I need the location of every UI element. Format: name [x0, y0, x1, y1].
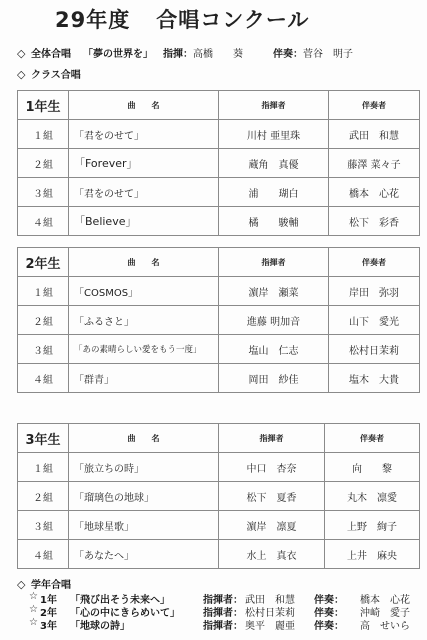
table-row: ２組 「Forever」 蔵角 真優 藤澤 菜々子 — [18, 149, 420, 178]
song-cell: 「君をのせて」 — [69, 178, 219, 207]
grade-chorus-accompanist-label: 伴奏： — [314, 617, 344, 632]
conductor-cell: 川村 亜里珠 — [219, 120, 329, 149]
song-cell: 「地球星歌」 — [69, 511, 219, 540]
conductor-cell: 塩山 仁志 — [219, 335, 329, 364]
table-header-row: 1年生 曲 名 指揮者 伴奏者 — [18, 91, 420, 120]
table-row: ３組 「あの素晴らしい愛をもう一度」 塩山 仁志 松村日茉莉 — [18, 335, 420, 364]
header-song: 曲 名 — [69, 424, 219, 453]
song-cell: 「あの素晴らしい愛をもう一度」 — [69, 335, 219, 364]
accompanist-cell: 山下 愛光 — [329, 306, 420, 335]
class-chorus-label: クラス合唱 — [31, 70, 81, 81]
grade-chorus-accompanist: 高 せいら — [360, 617, 410, 632]
class-cell: ４組 — [18, 207, 69, 236]
grade-chorus-item-3: ☆ 3年 「地球の詩」 指揮者： 奥平 麗亜 伴奏： 高 せいら — [0, 617, 427, 630]
grade-label: 3年生 — [18, 424, 69, 453]
conductor-cell: 岡田 紗佳 — [219, 364, 329, 393]
page-title: 29年度合唱コンクール — [0, 4, 427, 34]
conductor-cell: 濵岸 瀬菜 — [219, 277, 329, 306]
overall-label: 全体合唱 — [31, 49, 71, 60]
star-icon: ☆ — [29, 617, 38, 628]
grade-chorus-grade: 3年 — [40, 617, 57, 632]
song-cell: 「旅立ちの時」 — [69, 453, 219, 482]
class-cell: ３組 — [18, 178, 69, 207]
conductor-cell: 橘 駿輔 — [219, 207, 329, 236]
class-cell: １組 — [18, 120, 69, 149]
grade-chorus-conductor-label: 指揮者： — [203, 617, 243, 632]
song-cell: 「ふるさと」 — [69, 306, 219, 335]
conductor-cell: 水上 真衣 — [219, 540, 325, 569]
table-row: ４組 「Believe」 橘 駿輔 松下 彩香 — [18, 207, 420, 236]
song-cell: 「COSMOS」 — [69, 277, 219, 306]
class-cell: ２組 — [18, 306, 69, 335]
conductor-cell: 進藤 明加音 — [219, 306, 329, 335]
header-accompanist: 伴奏者 — [329, 248, 420, 277]
table-row: ３組 「地球星歌」 濵岸 凛夏 上野 絢子 — [18, 511, 420, 540]
table-row: １組 「COSMOS」 濵岸 瀬菜 岸田 弥羽 — [18, 277, 420, 306]
table-row: ２組 「瑠璃色の地球」 松下 夏香 丸木 凛愛 — [18, 482, 420, 511]
conductor-cell: 浦 瑚白 — [219, 178, 329, 207]
diamond-icon: ◇ — [17, 47, 31, 60]
song-cell: 「Forever」 — [69, 149, 219, 178]
accompanist-cell: 向 黎 — [325, 453, 420, 482]
accompanist-cell: 松村日茉莉 — [329, 335, 420, 364]
title-year: 29年度 — [55, 8, 130, 32]
song-cell: 「瑠璃色の地球」 — [69, 482, 219, 511]
grade-1-table: 1年生 曲 名 指揮者 伴奏者 １組 「君をのせて」 川村 亜里珠 武田 和慧 … — [17, 90, 420, 236]
class-cell: ４組 — [18, 540, 69, 569]
table-header-row: 2年生 曲 名 指揮者 伴奏者 — [18, 248, 420, 277]
accompanist-cell: 松下 彩香 — [329, 207, 420, 236]
class-cell: ３組 — [18, 335, 69, 364]
class-cell: ４組 — [18, 364, 69, 393]
table-row: ４組 「群青」 岡田 紗佳 塩木 大貴 — [18, 364, 420, 393]
header-song: 曲 名 — [69, 248, 219, 277]
grade-chorus-item-1: ☆ 1年 「飛び出そう未来へ」 指揮者： 武田 和慧 伴奏： 橋本 心花 — [0, 591, 427, 604]
table-row: ４組 「あなたへ」 水上 真衣 上井 麻央 — [18, 540, 420, 569]
header-accompanist: 伴奏者 — [329, 91, 420, 120]
header-conductor: 指揮者 — [219, 424, 325, 453]
overall-conductor-label: 指揮： — [163, 49, 193, 60]
class-cell: １組 — [18, 453, 69, 482]
accompanist-cell: 上野 絢子 — [325, 511, 420, 540]
accompanist-cell: 丸木 凛愛 — [325, 482, 420, 511]
overall-accompanist-label: 伴奏： — [273, 49, 303, 60]
grade-3-table: 3年生 曲 名 指揮者 伴奏者 １組 「旅立ちの時」 中口 杏奈 向 黎 ２組 … — [17, 423, 420, 569]
table-row: ３組 「君をのせて」 浦 瑚白 橋本 心花 — [18, 178, 420, 207]
grade-2-table: 2年生 曲 名 指揮者 伴奏者 １組 「COSMOS」 濵岸 瀬菜 岸田 弥羽 … — [17, 247, 420, 393]
grade-chorus-item-2: ☆ 2年 「心の中にきらめいて」 指揮者： 松村日茉莉 伴奏： 沖崎 愛子 — [0, 604, 427, 617]
grade-chorus-song: 「地球の詩」 — [70, 617, 130, 632]
title-name: 合唱コンクール — [156, 8, 309, 32]
overall-chorus-line: ◇全体合唱「夢の世界を」指揮：高橋 葵伴奏：菅谷 明子 — [17, 45, 353, 60]
star-icon: ☆ — [29, 604, 38, 615]
class-cell: ２組 — [18, 149, 69, 178]
accompanist-cell: 藤澤 菜々子 — [329, 149, 420, 178]
conductor-cell: 蔵角 真優 — [219, 149, 329, 178]
table-row: １組 「旅立ちの時」 中口 杏奈 向 黎 — [18, 453, 420, 482]
overall-conductor: 高橋 葵 — [193, 49, 243, 60]
class-chorus-heading: ◇クラス合唱 — [17, 66, 81, 81]
accompanist-cell: 上井 麻央 — [325, 540, 420, 569]
grade-chorus-label: 学年合唱 — [31, 580, 71, 591]
table-row: ２組 「ふるさと」 進藤 明加音 山下 愛光 — [18, 306, 420, 335]
accompanist-cell: 塩木 大貴 — [329, 364, 420, 393]
header-conductor: 指揮者 — [219, 91, 329, 120]
accompanist-cell: 岸田 弥羽 — [329, 277, 420, 306]
accompanist-cell: 武田 和慧 — [329, 120, 420, 149]
class-cell: ２組 — [18, 482, 69, 511]
overall-song: 「夢の世界を」 — [83, 49, 153, 60]
conductor-cell: 中口 杏奈 — [219, 453, 325, 482]
header-conductor: 指揮者 — [219, 248, 329, 277]
class-cell: １組 — [18, 277, 69, 306]
class-cell: ３組 — [18, 511, 69, 540]
overall-accompanist: 菅谷 明子 — [303, 49, 353, 60]
grade-label: 2年生 — [18, 248, 69, 277]
song-cell: 「君をのせて」 — [69, 120, 219, 149]
conductor-cell: 松下 夏香 — [219, 482, 325, 511]
grade-chorus-conductor: 奥平 麗亜 — [245, 617, 295, 632]
grade-label: 1年生 — [18, 91, 69, 120]
accompanist-cell: 橋本 心花 — [329, 178, 420, 207]
conductor-cell: 濵岸 凛夏 — [219, 511, 325, 540]
star-icon: ☆ — [29, 591, 38, 602]
song-cell: 「Believe」 — [69, 207, 219, 236]
grade-chorus-heading: ◇学年合唱 — [17, 576, 71, 591]
table-row: １組 「君をのせて」 川村 亜里珠 武田 和慧 — [18, 120, 420, 149]
song-cell: 「あなたへ」 — [69, 540, 219, 569]
header-song: 曲 名 — [69, 91, 219, 120]
diamond-icon: ◇ — [17, 68, 31, 81]
diamond-icon: ◇ — [17, 578, 31, 591]
table-header-row: 3年生 曲 名 指揮者 伴奏者 — [18, 424, 420, 453]
header-accompanist: 伴奏者 — [325, 424, 420, 453]
song-cell: 「群青」 — [69, 364, 219, 393]
